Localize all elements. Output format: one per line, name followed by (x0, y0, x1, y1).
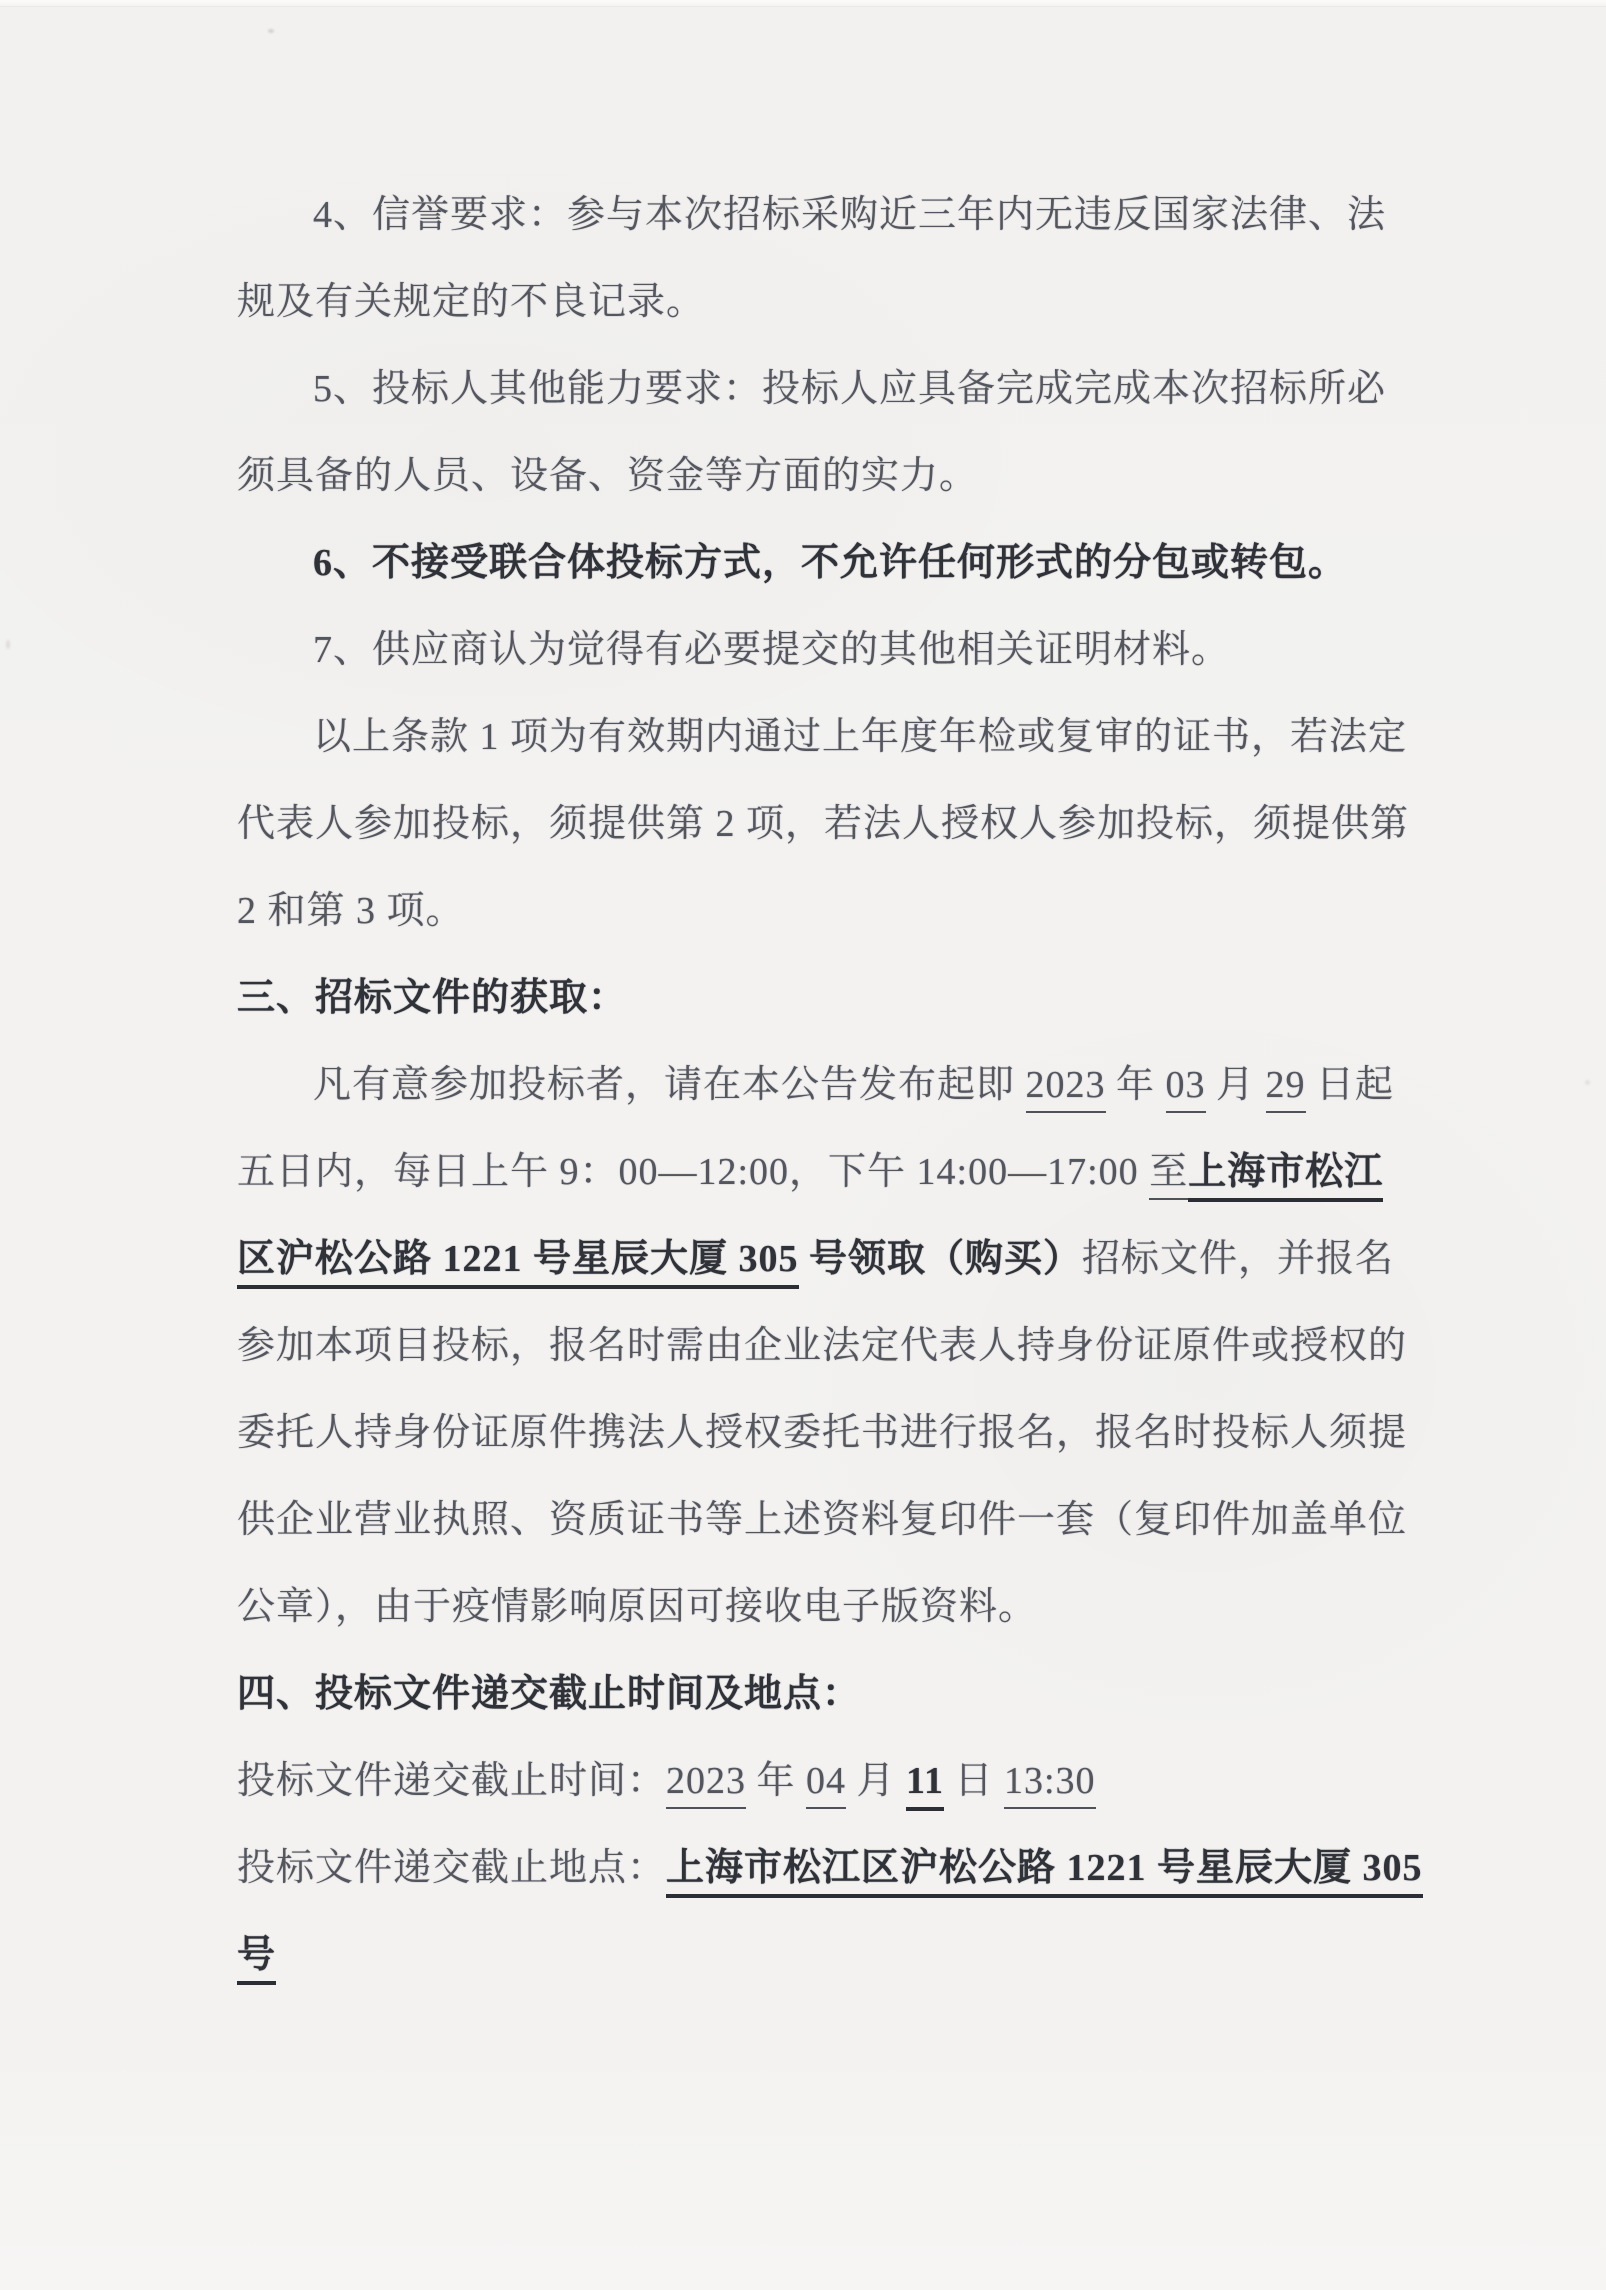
emphasis-text-run: 四、投标文件递交截止时间及地点： (237, 1673, 861, 1715)
text-line-11: 凡有意参加投标者，请在本公告发布起即 2023 年 03 月 29 日起 (237, 1042, 1477, 1129)
emphasis-text-run: 29 (1266, 1064, 1306, 1113)
emphasis-text-run: 2023 (666, 1760, 746, 1809)
text-run: 须具备的人员、设备、资金等方面的实力。 (237, 455, 978, 497)
text-line-19: 投标文件递交截止时间：2023 年 04 月 11 日 13:30 (237, 1738, 1477, 1825)
scanned-document-page: 4、信誉要求：参与本次招标采购近三年内无违反国家法律、法规及有关规定的不良记录。… (0, 0, 1606, 2290)
text-line-4: 须具备的人员、设备、资金等方面的实力。 (237, 433, 1477, 520)
emphasis-text-run: 04 (806, 1760, 846, 1809)
text-line-15: 委托人持身份证原件携法人授权委托书进行报名，报名时投标人须提 (237, 1390, 1477, 1477)
text-line-8: 代表人参加投标，须提供第 2 项，若法人授权人参加投标，须提供第 (237, 781, 1477, 868)
text-run: 委托人持身份证原件携法人授权委托书进行报名，报名时投标人须提 (237, 1412, 1407, 1454)
text-run: 月 (846, 1760, 906, 1802)
text-run: 5、投标人其他能力要求：投标人应具备完成完成本次招标所必 (313, 368, 1386, 410)
text-line-3: 5、投标人其他能力要求：投标人应具备完成完成本次招标所必 (237, 346, 1477, 433)
text-run: 日 (944, 1760, 1004, 1802)
emphasis-text-run: 03 (1166, 1064, 1206, 1113)
text-run: 月 (1206, 1064, 1266, 1106)
text-run: 以上条款 1 项为有效期内通过上年度年检或复审的证书，若法定 (313, 716, 1407, 758)
scan-speck (268, 29, 274, 33)
text-run: 投标文件递交截止地点： (237, 1847, 666, 1889)
text-line-14: 参加本项目投标，报名时需由企业法定代表人持身份证原件或授权的 (237, 1303, 1477, 1390)
text-line-21: 号 (237, 1912, 1477, 1999)
text-line-6: 7、供应商认为觉得有必要提交的其他相关证明材料。 (237, 607, 1477, 694)
text-run: 2 和第 3 项。 (237, 890, 465, 932)
emphasis-text-run: 11 (906, 1760, 944, 1811)
emphasis-text-run: 13:30 (1004, 1760, 1096, 1809)
emphasis-text-run: 至 (1149, 1151, 1188, 1200)
emphasis-text-run: 三、招标文件的获取： (237, 977, 627, 1019)
text-line-20: 投标文件递交截止地点：上海市松江区沪松公路 1221 号星辰大厦 305 (237, 1825, 1477, 1912)
scan-speck (6, 640, 10, 649)
document-body: 4、信誉要求：参与本次招标采购近三年内无违反国家法律、法规及有关规定的不良记录。… (237, 172, 1477, 1999)
text-line-5: 6、不接受联合体投标方式，不允许任何形式的分包或转包。 (237, 520, 1477, 607)
text-run: 五日内，每日上午 9：00—12:00，下午 14:00—17:00 (237, 1151, 1149, 1193)
text-run: 凡有意参加投标者，请在本公告发布起即 (313, 1064, 1026, 1106)
text-run: 投标文件递交截止时间： (237, 1760, 666, 1802)
emphasis-text-run: 上海市松江 (1188, 1151, 1383, 1202)
text-run: 4、信誉要求：参与本次招标采购近三年内无违反国家法律、法 (313, 194, 1386, 236)
text-run: 代表人参加投标，须提供第 2 项，若法人授权人参加投标，须提供第 (237, 803, 1409, 845)
text-run: 参加本项目投标，报名时需由企业法定代表人持身份证原件或授权的 (237, 1325, 1407, 1367)
text-line-16: 供企业营业执照、资质证书等上述资料复印件一套（复印件加盖单位 (237, 1477, 1477, 1564)
emphasis-text-run: 上海市松江区沪松公路 1221 号星辰大厦 305 (666, 1847, 1423, 1898)
emphasis-text-run: 区沪松公路 1221 号星辰大厦 305 (237, 1238, 799, 1289)
scan-speck (1585, 1080, 1590, 1085)
emphasis-text-run: 号领取（购买） (799, 1238, 1083, 1280)
text-run: 供企业营业执照、资质证书等上述资料复印件一套（复印件加盖单位 (237, 1499, 1407, 1541)
text-line-10: 三、招标文件的获取： (237, 955, 1477, 1042)
text-run: 7、供应商认为觉得有必要提交的其他相关证明材料。 (313, 629, 1230, 671)
text-line-7: 以上条款 1 项为有效期内通过上年度年检或复审的证书，若法定 (237, 694, 1477, 781)
text-line-18: 四、投标文件递交截止时间及地点： (237, 1651, 1477, 1738)
text-line-17: 公章），由于疫情影响原因可接收电子版资料。 (237, 1564, 1477, 1651)
scan-top-edge (0, 0, 1606, 7)
emphasis-text-run: 2023 (1026, 1064, 1106, 1113)
text-line-12: 五日内，每日上午 9：00—12:00，下午 14:00—17:00 至上海市松… (237, 1129, 1477, 1216)
text-run: 日起 (1306, 1064, 1395, 1106)
text-line-2: 规及有关规定的不良记录。 (237, 259, 1477, 346)
text-line-9: 2 和第 3 项。 (237, 868, 1477, 955)
text-line-13: 区沪松公路 1221 号星辰大厦 305 号领取（购买）招标文件，并报名 (237, 1216, 1477, 1303)
emphasis-text-run: 6、不接受联合体投标方式，不允许任何形式的分包或转包。 (313, 542, 1347, 584)
text-run: 公章），由于疫情影响原因可接收电子版资料。 (237, 1586, 1037, 1628)
emphasis-text-run: 号 (237, 1934, 276, 1985)
text-run: 招标文件，并报名 (1082, 1238, 1394, 1280)
text-run: 规及有关规定的不良记录。 (237, 281, 705, 323)
text-run: 年 (1106, 1064, 1166, 1106)
text-run: 年 (746, 1760, 806, 1802)
text-line-1: 4、信誉要求：参与本次招标采购近三年内无违反国家法律、法 (237, 172, 1477, 259)
